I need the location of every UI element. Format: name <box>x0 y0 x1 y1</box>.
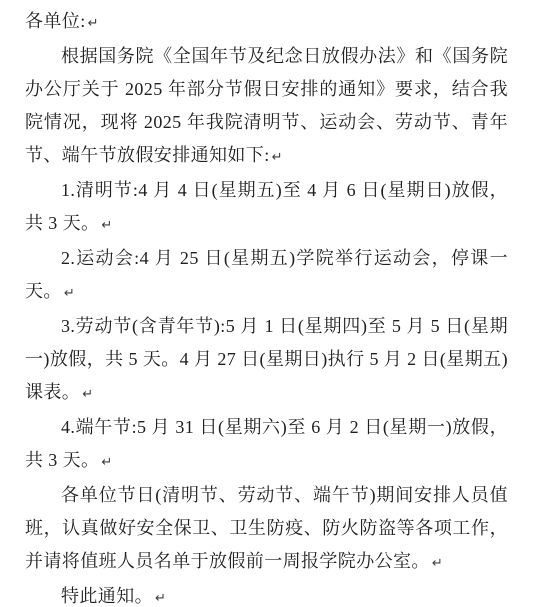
paragraph-intro: 根据国务院《全国年节及纪念日放假办法》和《国务院办公厅关于 2025 年部分节假… <box>25 40 508 174</box>
document-canvas[interactable]: 各单位:↵ 根据国务院《全国年节及纪念日放假办法》和《国务院办公厅关于 2025… <box>0 0 534 607</box>
paragraph-end-mark: ↵ <box>99 455 112 470</box>
paragraph-salutation: 各单位:↵ <box>25 5 508 40</box>
paragraph-end-mark: ↵ <box>86 16 99 31</box>
paragraph-end-mark: ↵ <box>153 591 166 606</box>
paragraph-item-labor-day: 3.劳动节(含青年节):5 月 1 日(星期四)至 5 月 5 日(星期一)放假… <box>25 310 508 411</box>
paragraph-end-mark: ↵ <box>270 150 283 165</box>
paragraph-text: 3.劳动节(含青年节):5 月 1 日(星期四)至 5 月 5 日(星期一)放假… <box>25 316 508 402</box>
paragraph-item-qingming: 1.清明节:4 月 4 日(星期五)至 4 月 6 日(星期日)放假，共 3 天… <box>25 174 508 242</box>
paragraph-text: 4.端午节:5 月 31 日(星期六)至 6 月 2 日(星期一)放假，共 3 … <box>25 417 508 470</box>
paragraph-text: 2.运动会:4 月 25 日(星期五)学院举行运动会，停课一天。 <box>25 248 508 301</box>
paragraph-end-mark: ↵ <box>62 286 75 301</box>
paragraph-text: 各单位: <box>25 11 86 31</box>
paragraph-item-sports-meet: 2.运动会:4 月 25 日(星期五)学院举行运动会，停课一天。↵ <box>25 242 508 310</box>
paragraph-text: 特此通知。 <box>61 586 153 606</box>
paragraph-duty-requirements: 各单位节日(清明节、劳动节、端午节)期间安排人员值班，认真做好安全保卫、卫生防疫… <box>25 479 508 580</box>
paragraph-closing: 特此通知。↵ <box>25 580 508 607</box>
paragraph-text: 1.清明节:4 月 4 日(星期五)至 4 月 6 日(星期日)放假，共 3 天… <box>25 180 508 233</box>
paragraph-text: 根据国务院《全国年节及纪念日放假办法》和《国务院办公厅关于 2025 年部分节假… <box>25 46 508 165</box>
paragraph-end-mark: ↵ <box>80 387 93 402</box>
paragraph-end-mark: ↵ <box>99 218 112 233</box>
paragraph-item-dragon-boat: 4.端午节:5 月 31 日(星期六)至 6 月 2 日(星期一)放假，共 3 … <box>25 411 508 479</box>
paragraph-end-mark: ↵ <box>430 556 443 571</box>
